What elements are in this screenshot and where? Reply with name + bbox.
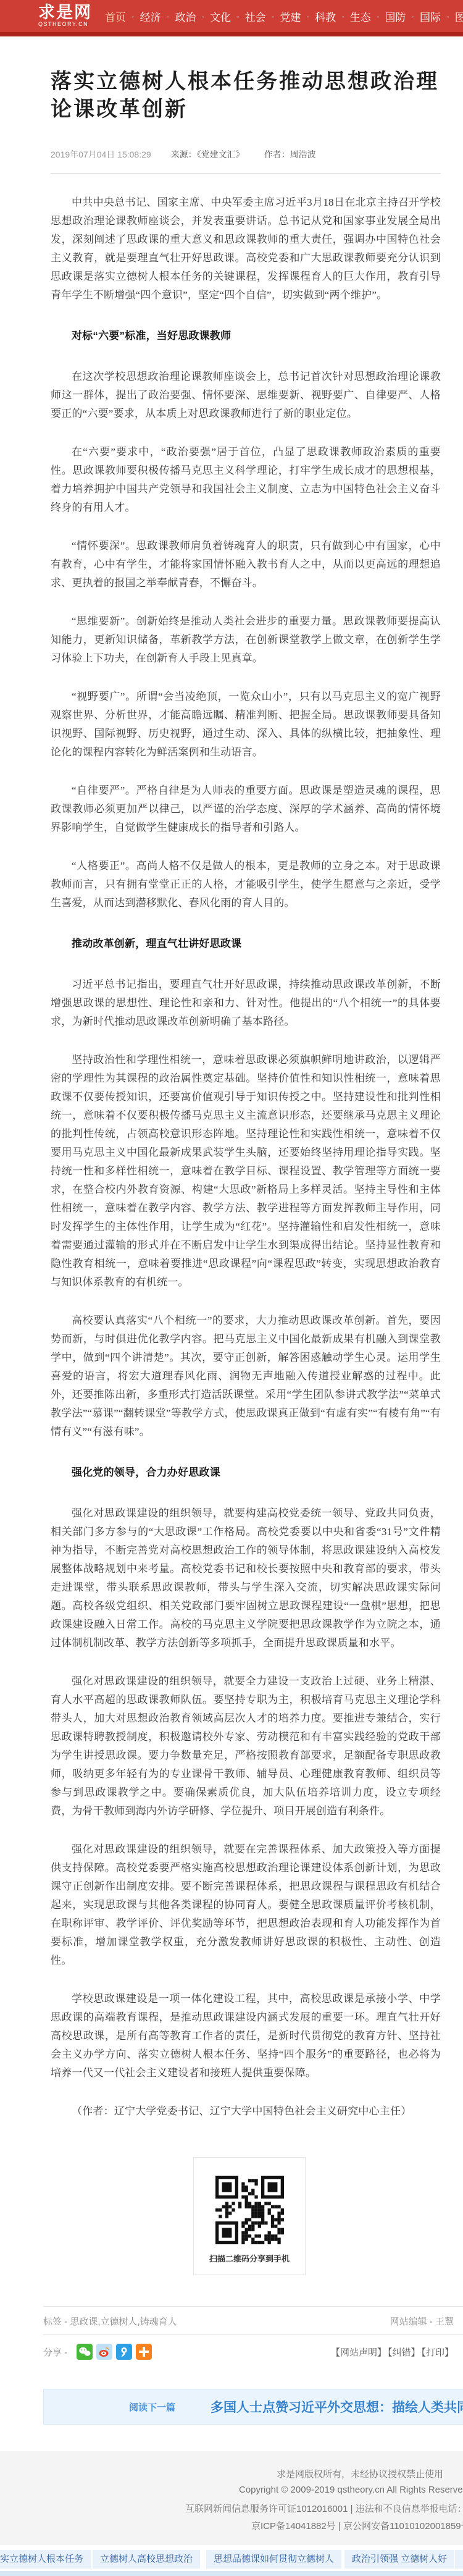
header-underline [0,32,463,36]
related-chip-3[interactable]: 思想品德课如何贯彻立德树人 [206,2550,341,2569]
qr-box: 扫描二维码分享到手机 [193,2157,306,2275]
nav-separator: - [446,11,449,21]
article-paragraph: 习近平总书记指出，要理直气壮开好思政课，持续推动思政课改革创新，不断增强思政课的… [51,975,441,1031]
footer-line-1: 求是网版权所有，未经协议授权禁止使用 [277,2467,443,2480]
nav-separator: - [411,11,414,21]
share-links: 【网站声明】【纠错】【打印】 [43,2346,454,2359]
share-link-3[interactable]: 【打印】 [421,2347,454,2358]
article-meta: 2019年07月04日 15:08:29 来源：《党建文汇》 作者：周浩波 [51,148,441,161]
share-row: 分享 - [43,2342,463,2361]
article-paragraph: 强化对思政课建设的组织领导，就要构建高校党委统一领导、党政共同负责，相关部门多方… [51,1504,441,1652]
nav-item-1[interactable]: 首页 [105,9,126,24]
footer-line-2: Copyright © 2009-2019 qstheory.cn All Ri… [239,2485,463,2495]
related-chip-5[interactable] [455,2550,463,2569]
nav-item-4[interactable]: 文化 [210,9,231,24]
related-chip-1[interactable]: 实立德树人根本任务 [0,2550,91,2569]
article-paragraph: “视野要广”。所谓“会当凌绝顶，一览众山小”，只有以马克思主义的宽广视野观察世界… [51,688,441,762]
site-logo[interactable]: 求是网 QSTHEORY.CN [38,4,92,27]
nav-separator: - [272,11,275,21]
nav-separator: - [236,11,240,21]
nav-item-6[interactable]: 党建 [280,9,301,24]
article-paragraph: “自律要严”。严格自律是为人师表的重要方面。思政课是塑造灵魂的课程，思政课教师必… [51,781,441,837]
nav-item-11[interactable]: 图书 [455,9,463,24]
section-heading: 推动改革创新，理直气壮讲好思政课 [51,935,441,953]
article-paragraph: 在“六要”要求中，“政治要强”居于首位，凸显了思政课教师政治素质的重要性。思政课… [51,443,441,517]
tags-row: 标签 - 思政课,立德树人,铸魂育人 网站编辑 - 王慧 [43,2315,463,2330]
nav-item-3[interactable]: 政治 [175,9,196,24]
author: 作者：周浩波 [264,148,316,161]
related-ticker: 实立德树人根本任务立德树人高校思想政治思想品德课如何贯彻立德树人政治引领强 立德… [0,2550,463,2569]
nav-separator: - [306,11,309,21]
nav-item-2[interactable]: 经济 [140,9,161,24]
qr-caption: 扫描二维码分享到手机 [194,2252,305,2264]
site-editor: 网站编辑 - 王慧 [43,2315,454,2328]
logo-subtitle: QSTHEORY.CN [38,21,92,27]
nav-item-7[interactable]: 科教 [315,9,336,24]
source: 来源：《党建文汇》 [171,148,244,161]
nav-separator: - [377,11,380,21]
footer-line-3: 互联网新闻信息服务许可证1012016001 | 违法和不良信息举报电话：(0 [185,2502,463,2515]
publish-date: 2019年07月04日 15:08:29 [51,148,151,161]
divider [43,2306,463,2307]
nav-separator: - [341,11,344,21]
article-paragraph: “人格要正”。高尚人格不仅是做人的根本，更是教师的立身之本。对于思政课教师而言，… [51,857,441,912]
article-paragraph: 坚持政治性和学理性相统一，意味着思政课必须旗帜鲜明地讲政治，以逻辑严密的学理性为… [51,1051,441,1292]
nav-item-5[interactable]: 社会 [245,9,266,24]
next-article-title[interactable]: 多国人士点赞习近平外交思想：描绘人类共同未来 韩 [211,2397,463,2416]
main-nav: 首页-经济-政治-文化-社会-党建-科教-生态-国防-国际-图书 [105,0,463,32]
article-paragraph: 强化对思政课建设的组织领导，就要在完善课程体系、加大政策投入等方面提供支持保障。… [51,1840,441,1970]
share-link-1[interactable]: 【网站声明】 [331,2347,386,2358]
section-heading: 强化党的领导，合力办好思政课 [51,1463,441,1482]
divider [43,2334,463,2335]
qr-code-icon [215,2176,284,2244]
article-paragraph: 学校思政课建设是一项一体化建设工程，其中，高校思政课是承接小学、中学思政课的高端… [51,1990,441,2082]
page: 求是网 QSTHEORY.CN 首页-经济-政治-文化-社会-党建-科教-生态-… [0,0,463,2576]
article-paragraph: 中共中央总书记、国家主席、中央军委主席习近平3月18日在北京主持召开学校思想政治… [51,193,441,305]
next-article-label[interactable]: 阅读下一篇 [129,2401,175,2414]
related-chip-4[interactable]: 政治引领强 立德树人好 [344,2550,454,2569]
nav-separator: - [201,11,204,21]
article-paragraph: 在这次学校思想政治理论课教师座谈会上，总书记首次针对思想政治理论课教师这一群体，… [51,368,441,423]
article-paragraph: “情怀要深”。思政课教师肩负着铸魂育人的职责，只有做到心中有国家，心中有教育，心… [51,537,441,592]
site-footer: 求是网版权所有，未经协议授权禁止使用Copyright © 2009-2019 … [0,2451,463,2545]
article-body: 中共中央总书记、国家主席、中央军委主席习近平3月18日在北京主持召开学校思想政治… [51,193,441,2121]
site-header: 求是网 QSTHEORY.CN 首页-经济-政治-文化-社会-党建-科教-生态-… [0,0,463,32]
meta-divider [51,173,441,174]
article: 落实立德树人根本任务推动思想政治理论课改革创新 2019年07月04日 15:0… [51,32,441,2121]
share-link-2[interactable]: 【纠错】 [388,2347,420,2358]
next-article-box[interactable]: 阅读下一篇 多国人士点赞习近平外交思想：描绘人类共同未来 韩 [43,2389,463,2425]
section-heading: 对标“六要”标准，当好思政课教师 [51,327,441,345]
nav-item-8[interactable]: 生态 [350,9,371,24]
logo-title: 求是网 [38,4,92,21]
article-title: 落实立德树人根本任务推动思想政治理论课改革创新 [51,68,441,124]
footer-line-4: 京ICP备14041882号 | 京公网安备11010102001859号 [251,2519,463,2532]
article-paragraph: （作者：辽宁大学党委书记、辽宁大学中国特色社会主义研究中心主任） [51,2102,441,2121]
nav-separator: - [167,11,170,21]
article-paragraph: “思维要新”。创新始终是推动人类社会进步的重要力量。思政课教师要提高认知能力，更… [51,612,441,668]
article-paragraph: 高校要认真落实“八个相统一”的要求，大力推动思政课改革创新。首先，要因势而新，与… [51,1311,441,1441]
nav-separator: - [131,11,135,21]
article-paragraph: 强化对思政课建设的组织领导，就要全力建设一支政治上过硬、业务上精湛、育人水平高超… [51,1672,441,1820]
related-chip-2[interactable]: 立德树人高校思想政治 [93,2550,200,2569]
nav-item-10[interactable]: 国际 [420,9,441,24]
nav-item-9[interactable]: 国防 [385,9,406,24]
bottom-strip [0,2571,463,2576]
